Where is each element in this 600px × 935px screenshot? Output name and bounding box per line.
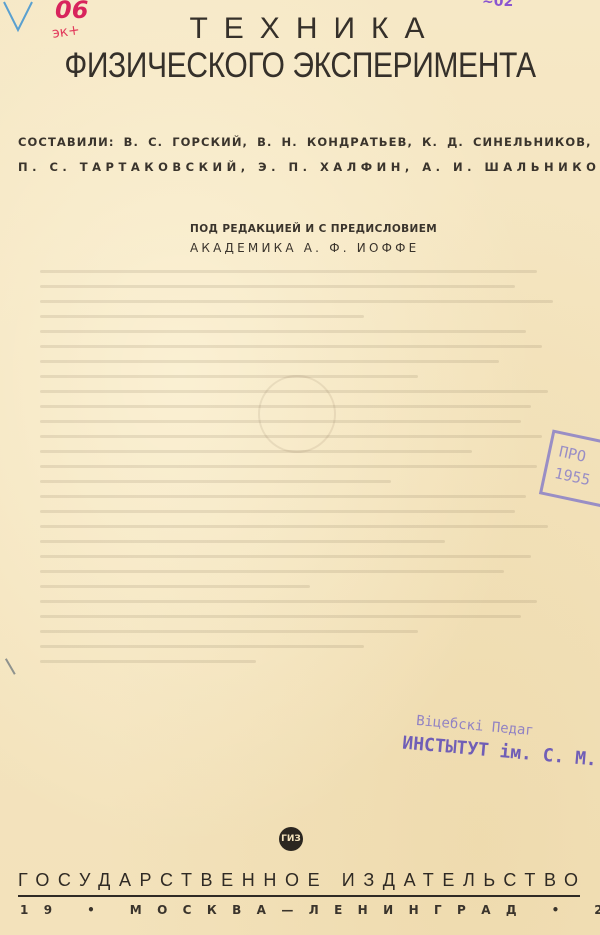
publisher-name: ГОСУДАРСТВЕННОЕ ИЗДАТЕЛЬСТВО [18, 870, 583, 891]
divider-rule [18, 895, 580, 897]
editor-line-2: АКАДЕМИКА А. Ф. ИОФФЕ [190, 239, 437, 258]
violet-pen-mark: ~02 [482, 0, 513, 10]
title-line-2: ФИЗИЧЕСКОГО ЭКСПЕРИМЕНТА [42, 46, 558, 86]
editor-line-1: ПОД РЕДАКЦИЕЙ И С ПРЕДИСЛОВИЕМ [190, 220, 437, 239]
publisher-imprint: 19 • МОСКВА—ЛЕНИНГРАД • 29 [20, 903, 585, 917]
editor-block: ПОД РЕДАКЦИЕЙ И С ПРЕДИСЛОВИЕМ АКАДЕМИКА… [190, 220, 437, 258]
publisher-logo-icon: ГИЗ [279, 827, 303, 851]
institute-stamp-line-2: ИНСТЫТУТ iм. С. М. К [401, 733, 600, 773]
bleed-through-text [40, 270, 580, 710]
authors-line-2: П. С. ТАРТАКОВСКИЙ, Э. П. ХАЛФИН, А. И. … [18, 155, 588, 180]
authors-block: СОСТАВИЛИ: В. С. ГОРСКИЙ, В. Н. КОНДРАТЬ… [18, 130, 588, 180]
pencil-mark [0, 658, 16, 680]
authors-line-1: СОСТАВИЛИ: В. С. ГОРСКИЙ, В. Н. КОНДРАТЬ… [18, 130, 588, 155]
title-line-1: ТЕХНИКА [0, 12, 600, 46]
faint-seal-bleed [258, 375, 336, 453]
